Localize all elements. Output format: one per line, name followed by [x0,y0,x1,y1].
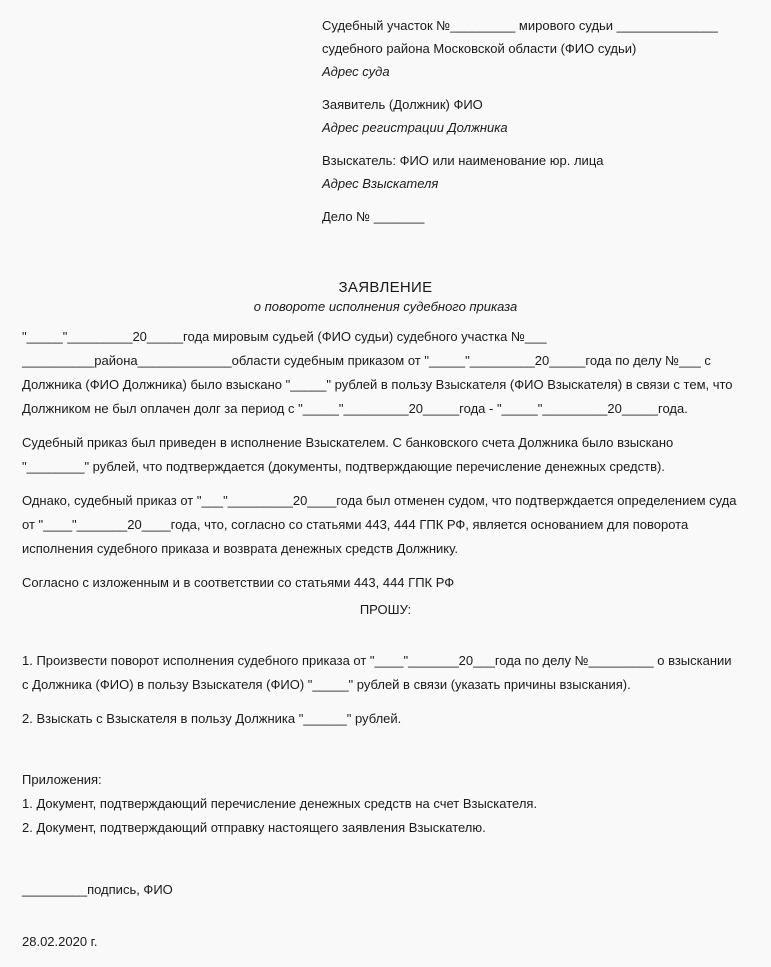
paragraph-1: "_____"_________20_____года мировым судь… [22,325,752,421]
court-line-2: судебного района Московской области (ФИО… [322,37,762,60]
paragraph-line: исполнения судебного приказа и возврата … [22,537,752,561]
document-title: ЗАЯВЛЕНИЕ [0,278,771,298]
paragraph-line: Однако, судебный приказ от "___"________… [22,489,752,513]
case-number: Дело № _______ [322,205,762,228]
request-line: с Должника (ФИО) в пользу Взыскателя (ФИ… [22,673,752,697]
paragraph-line: Судебный приказ был приведен в исполнени… [22,431,752,455]
applicant-address: Адрес регистрации Должника [322,116,762,139]
paragraph-2: Судебный приказ был приведен в исполнени… [22,431,752,479]
claimant-address: Адрес Взыскателя [322,172,762,195]
request-line: 2. Взыскать с Взыскателя в пользу Должни… [22,707,752,731]
paragraph-line: Должника (ФИО Должника) было взыскано "_… [22,373,752,397]
paragraph-line: __________района_____________области суд… [22,349,752,373]
paragraph-line: Должником не был оплачен долг за период … [22,397,752,421]
paragraph-4: Согласно с изложенным и в соответствии с… [22,571,752,595]
document-body: "_____"_________20_____года мировым судь… [22,325,752,595]
request-heading-block: ПРОШУ: [0,598,771,622]
request-item-1: 1. Произвести поворот исполнения судебно… [22,649,752,697]
attachment-item: 1. Документ, подтверждающий перечисление… [22,792,752,816]
request-line: 1. Произвести поворот исполнения судебно… [22,649,752,673]
attachments: Приложения: 1. Документ, подтверждающий … [22,768,752,840]
request-heading: ПРОШУ: [0,598,771,622]
document-title-block: ЗАЯВЛЕНИЕ о повороте исполнения судебног… [0,278,771,316]
claimant-name: Взыскатель: ФИО или наименование юр. лиц… [322,149,762,172]
document-subtitle: о повороте исполнения судебного приказа [0,298,771,316]
document-date: 28.02.2020 г. [22,934,97,949]
attachments-heading: Приложения: [22,768,752,792]
signature-line: _________подпись, ФИО [22,882,173,897]
request-items: 1. Произвести поворот исполнения судебно… [22,649,752,731]
paragraph-3: Однако, судебный приказ от "___"________… [22,489,752,561]
paragraph-line: Согласно с изложенным и в соответствии с… [22,571,752,595]
applicant-name: Заявитель (Должник) ФИО [322,93,762,116]
paragraph-line: "________" рублей, что подтверждается (д… [22,455,752,479]
document-header: Судебный участок №_________ мирового суд… [322,14,762,228]
attachment-item: 2. Документ, подтверждающий отправку нас… [22,816,752,840]
request-item-2: 2. Взыскать с Взыскателя в пользу Должни… [22,707,752,731]
court-line-1: Судебный участок №_________ мирового суд… [322,14,762,37]
paragraph-line: от "____"_______20____года, что, согласн… [22,513,752,537]
paragraph-line: "_____"_________20_____года мировым судь… [22,325,752,349]
court-address: Адрес суда [322,60,762,83]
